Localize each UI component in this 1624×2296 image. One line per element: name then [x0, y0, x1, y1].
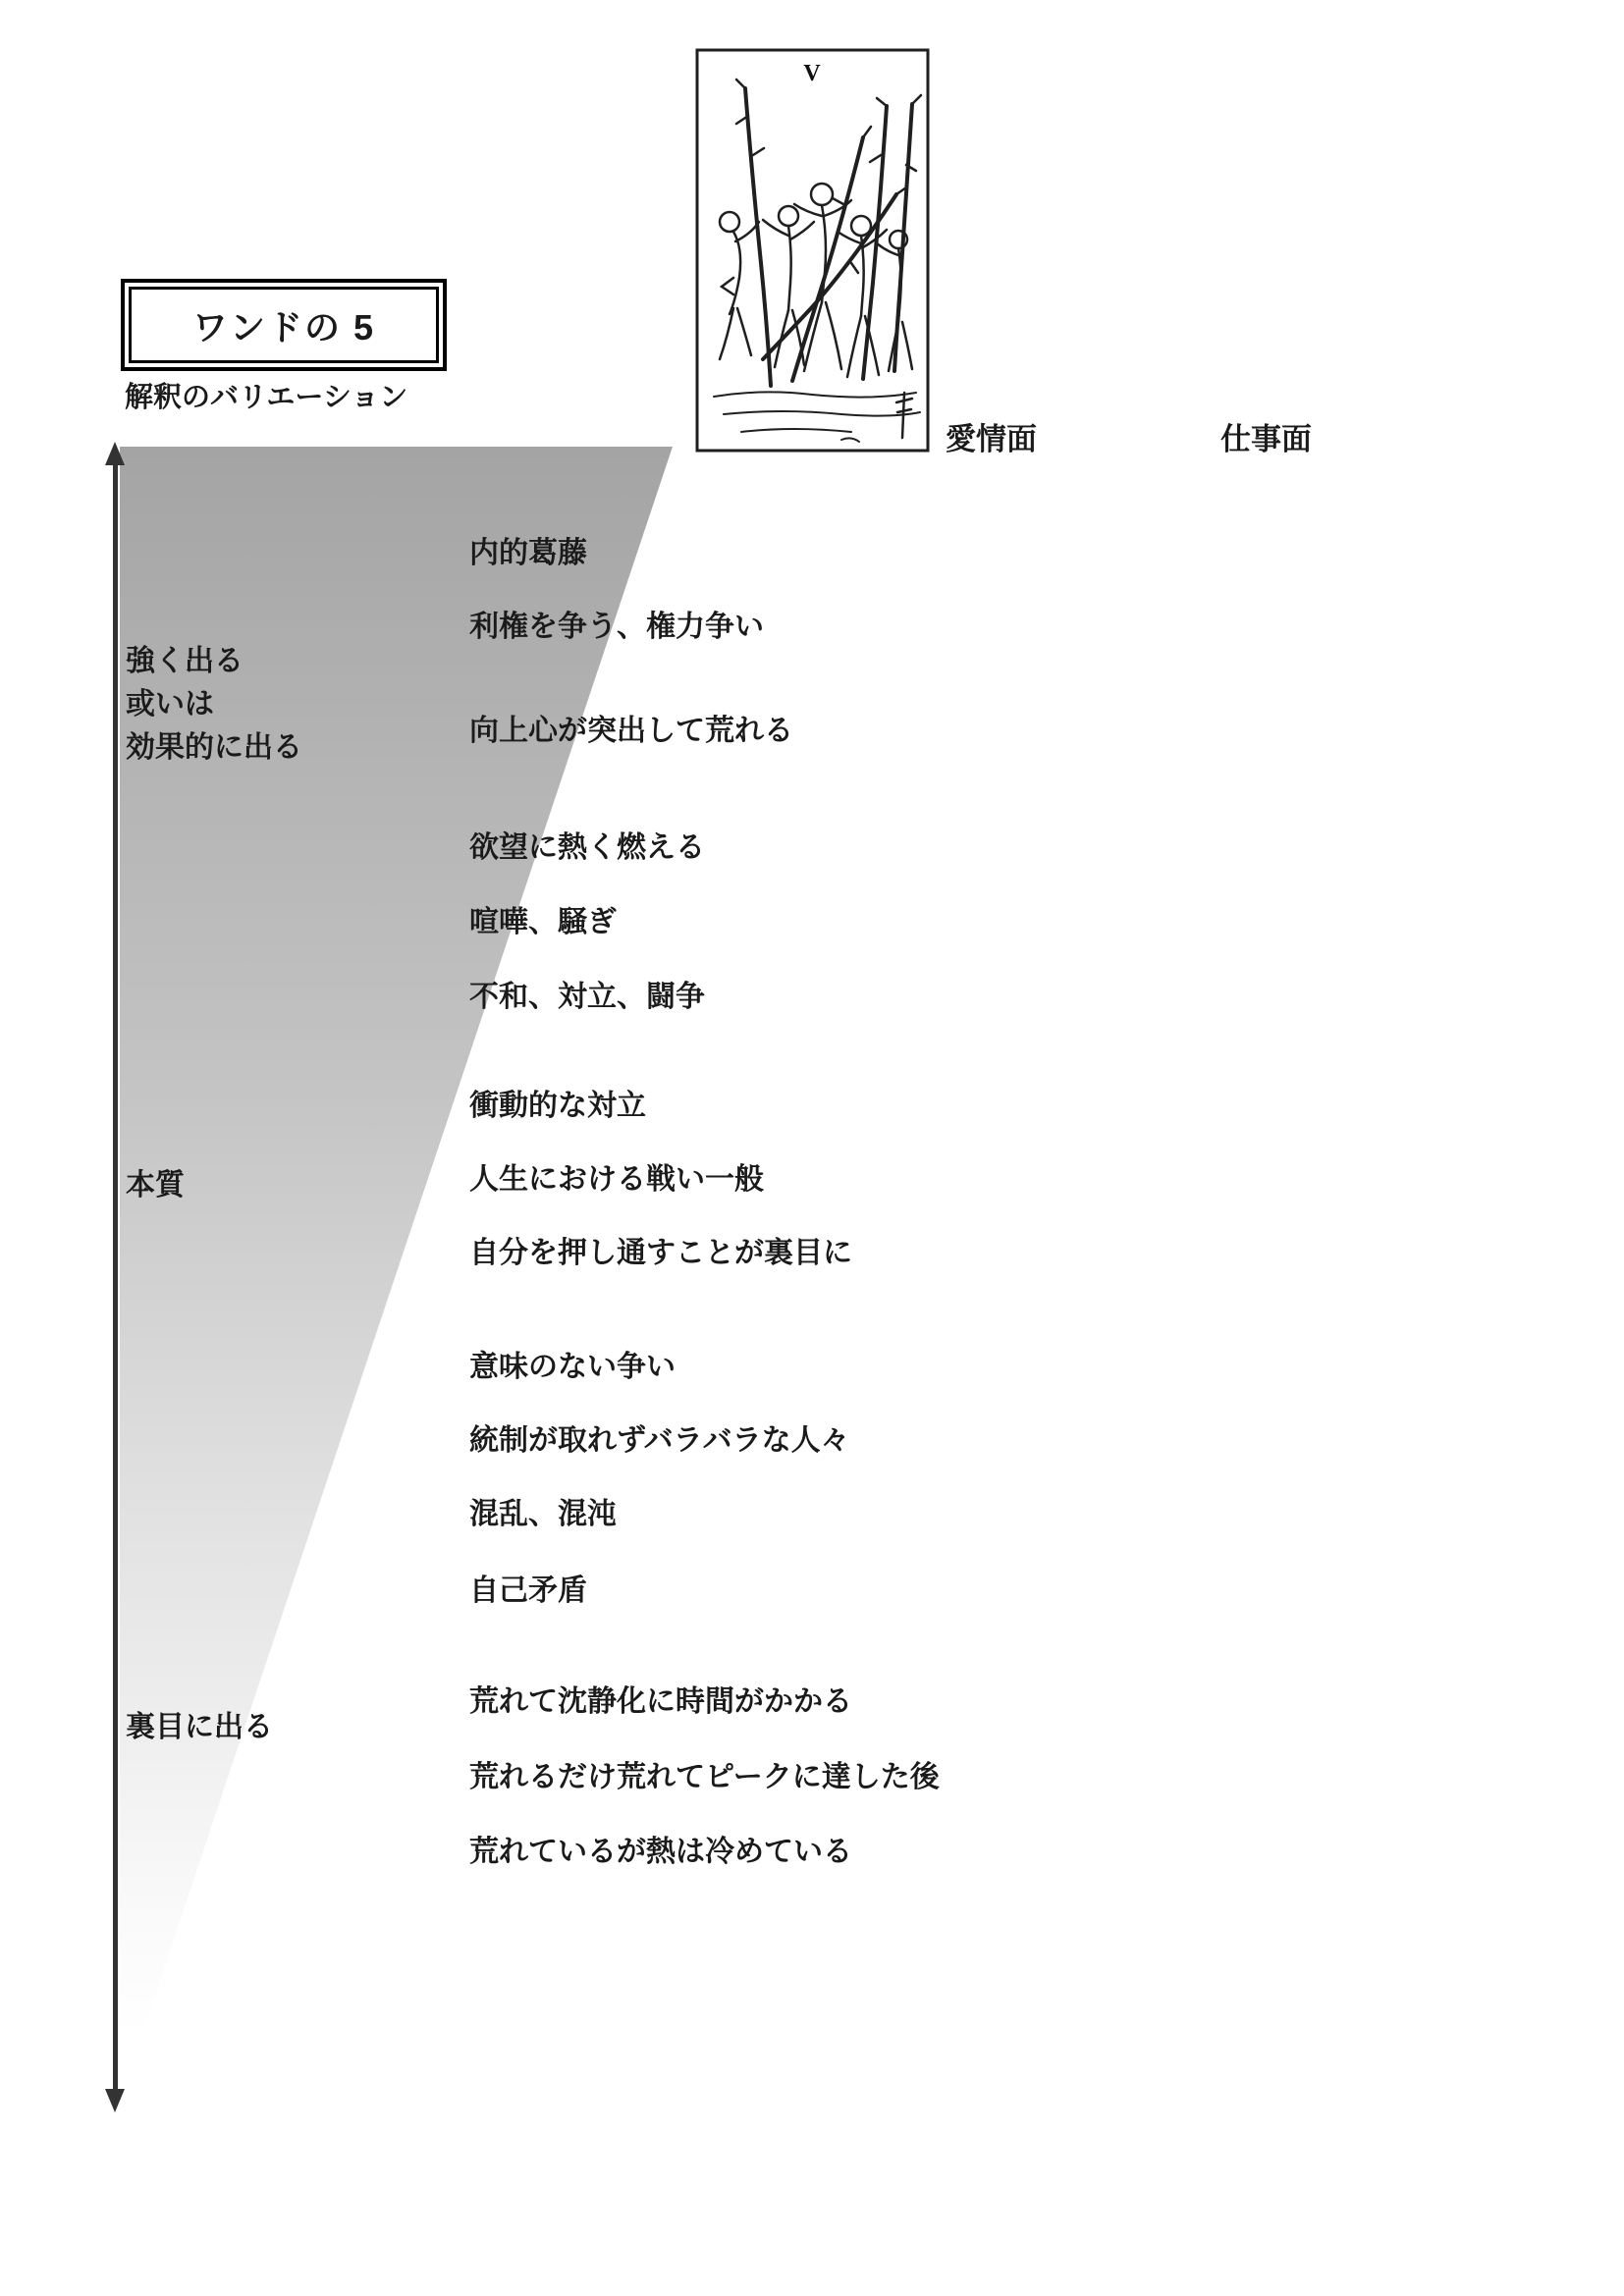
interpretation-item: 人生における戦い一般 [469, 1154, 764, 1198]
interpretation-item: 意味のない争い [469, 1342, 676, 1385]
column-header-love: 愛情面 [946, 414, 1037, 458]
document-page: V [0, 0, 1624, 2296]
axis-label-strong: 強く出る 或いは 効果的に出る [126, 640, 302, 770]
axis-label-backfire: 裏目に出る [126, 1706, 273, 1749]
tarot-card: V [694, 47, 931, 454]
interpretation-item: 欲望に熱く燃える [469, 823, 705, 866]
axis-label-essence: 本質 [126, 1164, 185, 1207]
interpretation-item: 混乱、混沌 [469, 1489, 617, 1532]
interpretation-item: 統制が取れずバラバラな人々 [469, 1415, 850, 1459]
title-box-inner: ワンドの 5 [129, 287, 439, 363]
interpretation-item: 荒れているが熱は冷めている [469, 1827, 852, 1870]
page-title: ワンドの 5 [192, 300, 375, 350]
interpretation-item: 衝動的な対立 [469, 1081, 646, 1124]
interpretation-item: 喧嘩、騒ぎ [469, 897, 617, 940]
interpretation-item: 利権を争う、権力争い [469, 602, 764, 645]
interpretation-item: 自己矛盾 [469, 1566, 587, 1609]
axis-arrow-shaft [113, 459, 118, 2093]
interpretation-item: 荒れるだけ荒れてピークに達した後 [469, 1752, 940, 1795]
interpretation-item: 荒れて沈静化に時間がかかる [469, 1677, 852, 1720]
title-box: ワンドの 5 [121, 279, 447, 371]
interpretation-item: 向上心が突出して荒れる [469, 706, 793, 749]
interpretation-item: 不和、対立、闘争 [469, 972, 705, 1015]
five-of-wands-illustration: V [694, 47, 931, 454]
interpretation-item: 自分を押し通すことが裏目に [469, 1228, 852, 1271]
page-subtitle: 解釈のバリエーション [125, 375, 407, 415]
card-numeral: V [803, 61, 821, 86]
axis-arrow-down-icon [105, 2089, 125, 2112]
column-header-work: 仕事面 [1220, 414, 1312, 458]
interpretation-item: 内的葛藤 [469, 528, 587, 571]
